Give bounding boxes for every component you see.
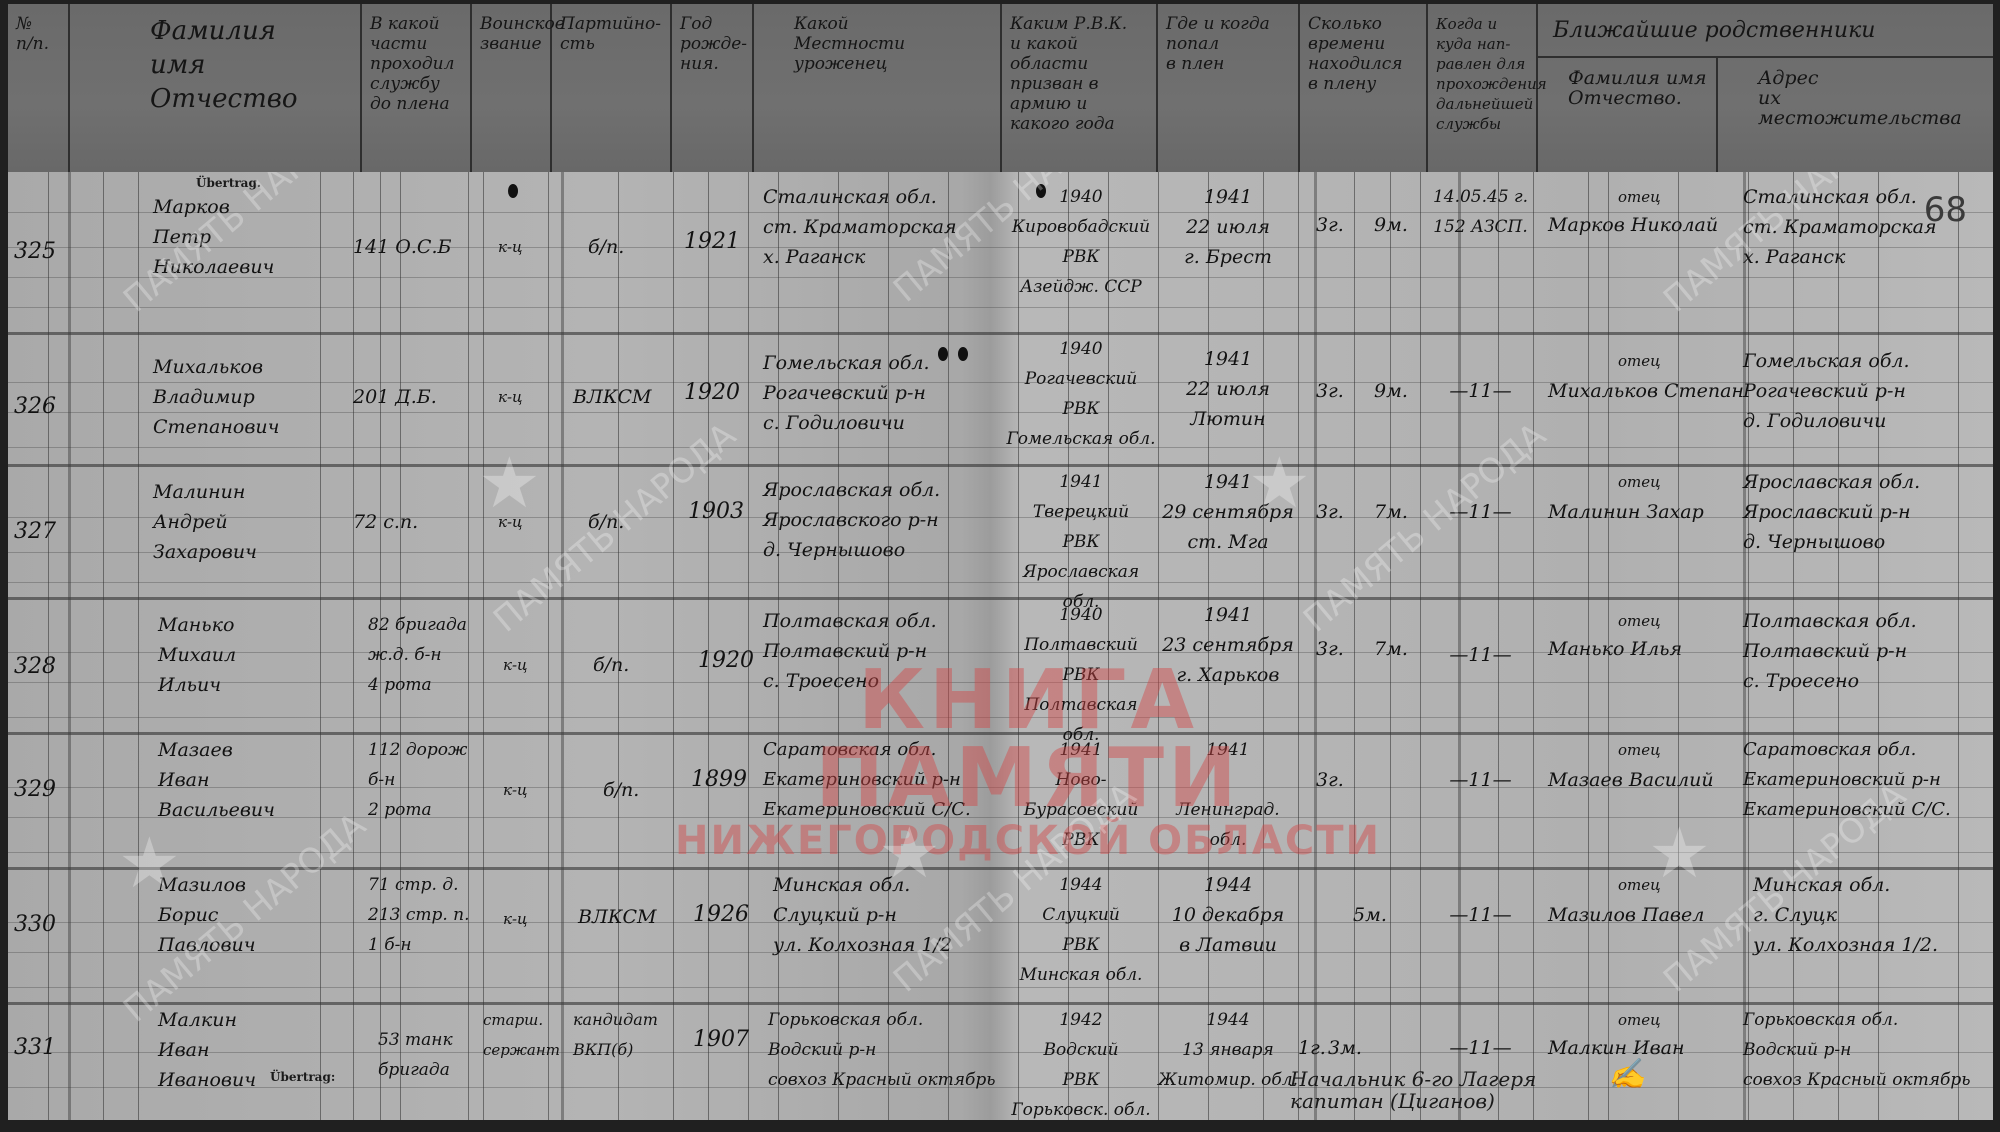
record-sent-to: —11— (1423, 497, 1538, 527)
record-rvk: 1940 Рогачевский РВК Гомельская обл. (1006, 334, 1156, 454)
record-rank: к-ц (498, 382, 523, 412)
record-rank: к-ц (503, 904, 528, 934)
record-sent-to: —11— (1423, 640, 1538, 670)
relative-address: Ярославская обл. Ярославский р-н д. Черн… (1743, 467, 1920, 557)
record-rvk: 1940 Полтавский РВК Полтавская обл. (1006, 600, 1156, 750)
ledger-page: Übertrag. 68 325 Марков Петр Николаевич … (8, 172, 1993, 1120)
relative-relation: отец (1618, 735, 1661, 765)
header-col-sent-to: Когда и куда нап- равлен для прохождения… (1428, 4, 1538, 172)
record-party: б/п. (603, 775, 639, 805)
table-row: 325 Марков Петр Николаевич 141 О.С.Б к-ц… (8, 172, 1993, 332)
relative-address: Горьковская обл. Водский р-н совхоз Крас… (1743, 1005, 1971, 1095)
relative-address: Сталинская обл. ст. Краматорская х. Рага… (1743, 182, 1937, 272)
record-captured: 1941 Ленинград. обл. (1158, 735, 1298, 855)
record-rvk: 1940 Кировобадский РВК Азейдж. ССР (1006, 182, 1156, 302)
record-captivity-months: 5м. (1353, 900, 1387, 930)
record-birth-year: 1899 (691, 765, 747, 795)
record-birth-year: 1903 (688, 497, 744, 527)
header-col-no: № п/п. (8, 4, 70, 172)
record-birth-year: 1920 (698, 646, 754, 676)
record-rvk: 1942 Водский РВК Горьковск. обл. (1006, 1005, 1156, 1120)
record-unit: 141 О.С.Б (353, 232, 451, 262)
record-rvk: 1941 Тверецкий РВК Ярославская обл. (1006, 467, 1156, 617)
record-party: б/п. (588, 507, 624, 537)
relative-name: Марков Николай (1548, 210, 1718, 240)
record-captivity-months: 9м. (1374, 210, 1408, 240)
relative-relation: отец (1618, 467, 1661, 497)
header-col-rel-address: Адрес их местожительства (1718, 58, 1993, 172)
record-sent-to: —11— (1423, 376, 1538, 406)
record-rank: к-ц (498, 507, 523, 537)
header-col-rel-name: Фамилия имя Отчество. (1538, 58, 1718, 172)
header-col-birthplace: Какой Местности уроженец (754, 4, 1002, 172)
relative-address: Саратовская обл. Екатериновский р-н Екат… (1743, 735, 1951, 825)
record-captured: 1941 22 июля г. Брест (1158, 182, 1298, 272)
table-row: 330 Мазилов Борис Павлович 71 стр. д. 21… (8, 870, 1993, 1000)
record-sent-to: 14.05.45 г. 152 АЗСП. (1423, 182, 1538, 242)
record-name: Малкин Иван Иванович (158, 1005, 256, 1095)
record-captivity-years: 3г. (1316, 765, 1344, 795)
relative-relation: отец (1618, 182, 1661, 212)
record-unit: 82 бригада ж.д. б-н 4 рота (368, 610, 467, 700)
relative-relation: отец (1618, 346, 1661, 376)
record-unit: 112 дорож б-н 2 рота (368, 735, 467, 825)
record-unit: 71 стр. д. 213 стр. п. 1 б-н (368, 870, 470, 960)
header-col-captivity: Сколько времени находился в плену (1300, 4, 1428, 172)
record-captivity-months: 3м. (1328, 1033, 1362, 1063)
record-birthplace: Горьковская обл. Водский р-н совхоз Крас… (768, 1005, 996, 1095)
record-birthplace: Полтавская обл. Полтавский р-н с. Троесе… (763, 606, 937, 696)
relative-name: Малинин Захар (1548, 497, 1704, 527)
relative-relation: отец (1618, 870, 1661, 900)
record-unit: 72 с.п. (353, 507, 418, 537)
table-row: 329 Мазаев Иван Васильевич 112 дорож б-н… (8, 735, 1993, 865)
record-unit: 53 танк бригада (378, 1025, 453, 1085)
record-captivity-years: 3г. (1316, 210, 1344, 240)
record-number: 328 (14, 652, 56, 682)
relative-relation: отец (1618, 606, 1661, 636)
record-birthplace: Гомельская обл. Рогачевский р-н с. Годил… (763, 348, 930, 438)
relative-relation: отец (1618, 1005, 1661, 1035)
header-col-rank: Воинское звание (472, 4, 552, 172)
record-birth-year: 1926 (693, 900, 749, 930)
header-col-party: Партийно- сть (552, 4, 672, 172)
record-rank: к-ц (503, 775, 528, 805)
record-number: 327 (14, 517, 56, 547)
relative-address: Полтавская обл. Полтавский р-н с. Троесе… (1743, 606, 1917, 696)
record-birth-year: 1907 (693, 1025, 749, 1055)
record-captivity-years: 3г. (1316, 376, 1344, 406)
relative-name: Мазаев Василий (1548, 765, 1714, 795)
record-rvk: 1944 Слуцкий РВК Минская обл. (1006, 870, 1156, 990)
record-captivity-years: 3г. (1316, 497, 1344, 527)
header-relatives-group: Ближайшие родственники (1553, 18, 1875, 43)
record-captivity-months: 7м. (1374, 497, 1408, 527)
record-name: Манько Михаил Ильич (158, 610, 236, 700)
record-birth-year: 1920 (684, 378, 740, 408)
record-name: Малинин Андрей Захарович (153, 477, 257, 567)
table-row: 331 Малкин Иван Иванович 53 танк бригада… (8, 1005, 1993, 1120)
record-rank: старш. сержант (483, 1005, 560, 1065)
header-col-birth-year: Год рожде- ния. (672, 4, 754, 172)
record-rvk: 1941 Ново-Бурасовский РВК (1006, 735, 1156, 855)
relative-name: Михальков Степан (1548, 376, 1744, 406)
record-party: кандидат ВКП(б) (573, 1005, 658, 1065)
record-sent-to: —11— (1423, 900, 1538, 930)
record-birthplace: Сталинская обл. ст. Краматорская х. Рага… (763, 182, 957, 272)
record-number: 330 (14, 910, 56, 940)
record-captivity-years: 3г. (1316, 634, 1344, 664)
table-row: 326 Михальков Владимир Степанович 201 Д.… (8, 334, 1993, 464)
table-row: 327 Малинин Андрей Захарович 72 с.п. к-ц… (8, 467, 1993, 597)
relative-address: Гомельская обл. Рогачевский р-н д. Годил… (1743, 346, 1910, 436)
record-birthplace: Ярославская обл. Ярославского р-н д. Чер… (763, 475, 940, 565)
record-captured: 1944 13 января Житомир. обл. (1158, 1005, 1298, 1095)
printed-mark-bottom: Übertrag: (270, 1070, 335, 1084)
record-party: б/п. (593, 650, 629, 680)
record-captured: 1941 22 июля Лютин (1158, 344, 1298, 434)
record-name: Михальков Владимир Степанович (153, 352, 279, 442)
record-name: Мазилов Борис Павлович (158, 870, 256, 960)
record-captured: 1941 29 сентября ст. Мга (1158, 467, 1298, 557)
header-col-rvk: Каким Р.В.К. и какой области призван в а… (1002, 4, 1158, 172)
record-unit: 201 Д.Б. (353, 382, 437, 412)
record-captivity-years: 1г. (1298, 1033, 1326, 1063)
relative-name: Манько Илья (1548, 634, 1682, 664)
record-birthplace: Минская обл. Слуцкий р-н ул. Колхозная 1… (773, 870, 952, 960)
record-number: 329 (14, 775, 56, 805)
record-party: ВЛКСМ (573, 382, 652, 412)
record-rank: к-ц (503, 650, 528, 680)
record-number: 326 (14, 392, 56, 422)
table-row: 328 Манько Михаил Ильич 82 бригада ж.д. … (8, 600, 1993, 730)
record-captured: 1941 23 сентября г. Харьков (1158, 600, 1298, 690)
record-number: 325 (14, 237, 56, 267)
record-party: ВЛКСМ (578, 902, 657, 932)
record-number: 331 (14, 1033, 56, 1063)
header-col-captured: Где и когда попал в плен (1158, 4, 1300, 172)
commander-signature-title: Начальник 6-го Лагеря капитан (Циганов) (1290, 1068, 1536, 1112)
record-party: б/п. (588, 232, 624, 262)
record-captivity-months: 7м. (1374, 634, 1408, 664)
record-sent-to: —11— (1423, 765, 1538, 795)
record-name: Мазаев Иван Васильевич (158, 735, 275, 825)
record-rank: к-ц (498, 232, 523, 262)
record-birthplace: Саратовская обл. Екатериновский р-н Екат… (763, 735, 971, 825)
record-name: Марков Петр Николаевич (153, 192, 274, 282)
record-birth-year: 1921 (684, 227, 740, 257)
scanned-document: № п/п. Фамилия имя Отчество В какой част… (0, 0, 2000, 1132)
record-captured: 1944 10 декабря в Латвии (1158, 870, 1298, 960)
record-captivity-months: 9м. (1374, 376, 1408, 406)
record-sent-to: —11— (1423, 1033, 1538, 1063)
signature-mark: ✍ (1608, 1064, 1645, 1086)
relative-name: Мазилов Павел (1548, 900, 1704, 930)
relative-address: Минская обл. г. Слуцк ул. Колхозная 1/2. (1753, 870, 1938, 960)
table-header: № п/п. Фамилия имя Отчество В какой част… (8, 4, 1993, 172)
header-col-name: Фамилия имя Отчество (70, 4, 362, 172)
header-col-unit: В какой части проходил службу до плена (362, 4, 472, 172)
